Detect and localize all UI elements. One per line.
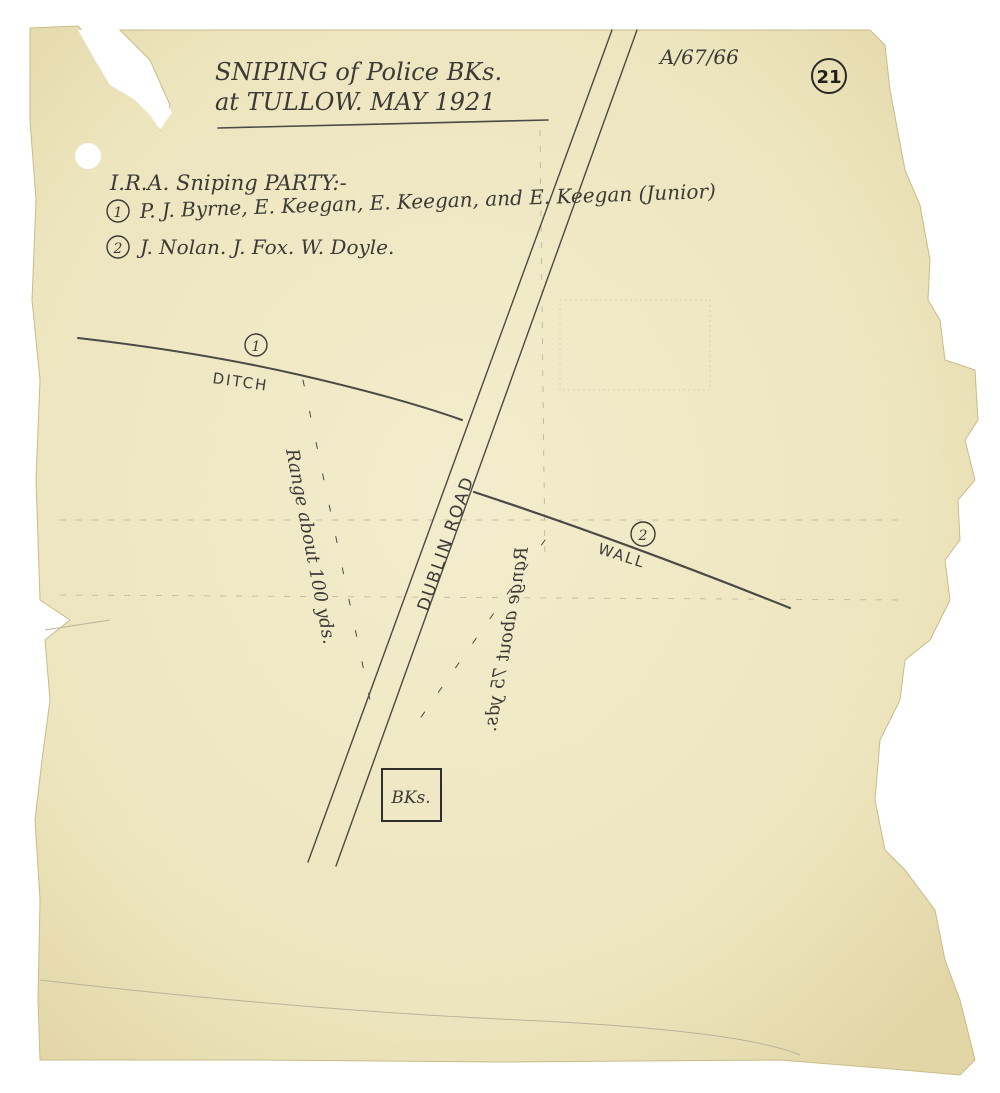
svg-text:1: 1	[114, 205, 123, 221]
svg-text:J. Nolan. J. Fox. W. Doyle.: J. Nolan. J. Fox. W. Doyle.	[136, 235, 394, 259]
scanned-document: SNIPING of Police BKs. at TULLOW. MAY 19…	[0, 0, 1000, 1093]
svg-text:21: 21	[816, 67, 841, 88]
punch-hole	[75, 143, 101, 169]
svg-text:BKs.: BKs.	[390, 788, 430, 808]
svg-text:2: 2	[638, 528, 648, 544]
svg-text:1: 1	[252, 339, 261, 355]
party-group-2: 2 J. Nolan. J. Fox. W. Doyle.	[107, 235, 394, 259]
party-heading: I.R.A. Sniping PARTY:-	[109, 171, 347, 195]
svg-text:2: 2	[113, 241, 123, 257]
document-title-line2: at TULLOW. MAY 1921	[215, 88, 496, 116]
document-title-line1: SNIPING of Police BKs.	[215, 58, 502, 86]
reference-code: A/67/66	[658, 45, 739, 69]
